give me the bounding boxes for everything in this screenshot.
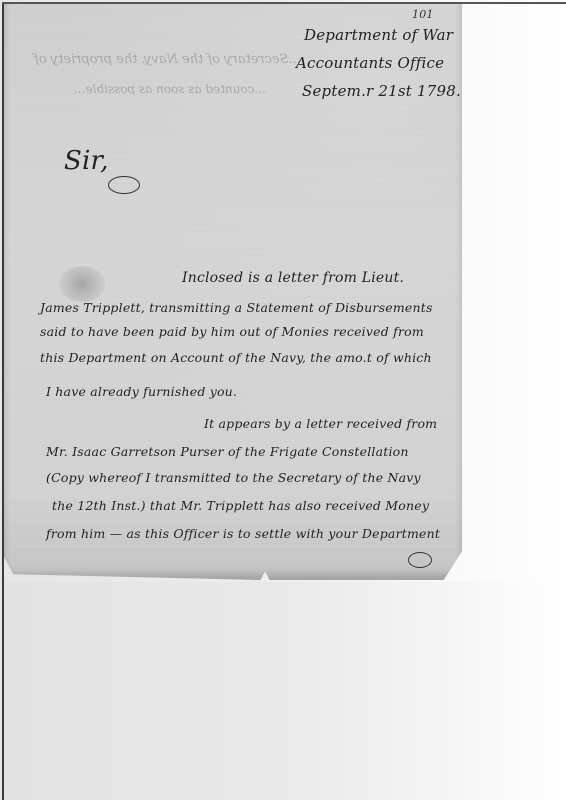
wax-stain [59,266,105,302]
salutation: Sir, [64,146,109,176]
body-line-3: said to have been paid by him out of Mon… [40,324,424,339]
body-line-2: James Tripplett, transmitting a Statemen… [40,300,433,315]
body-line-1: Inclosed is a letter from Lieut. [182,270,404,286]
scan-border-left [2,2,4,800]
manuscript-page: ...Secretary of the Navy, the propriety … [4,4,462,580]
body-line-4: this Department on Account of the Navy, … [40,350,432,365]
salutation-flourish [108,176,140,194]
bleed-through-line: ...counted as soon as possible... [74,82,266,96]
bleed-through-line: ...Secretary of the Navy, the propriety … [34,52,301,67]
folio-number: 101 [412,8,434,21]
body-line-8: (Copy whereof I transmitted to the Secre… [46,470,421,485]
closing-flourish [408,552,432,568]
body-line-6: It appears by a letter received from [204,416,437,431]
scan-border-top [2,2,566,4]
body-line-10: from him — as this Officer is to settle … [46,526,440,541]
scanner-bed [4,582,566,800]
body-line-7: Mr. Isaac Garretson Purser of the Frigat… [46,444,409,459]
heading-date: Septem.r 21st 1798. [302,82,461,100]
heading-department: Department of War [304,26,453,44]
body-line-5: I have already furnished you. [46,384,237,399]
heading-office: Accountants Office [296,54,444,72]
body-line-9: the 12th Inst.) that Mr. Tripplett has a… [52,498,429,513]
